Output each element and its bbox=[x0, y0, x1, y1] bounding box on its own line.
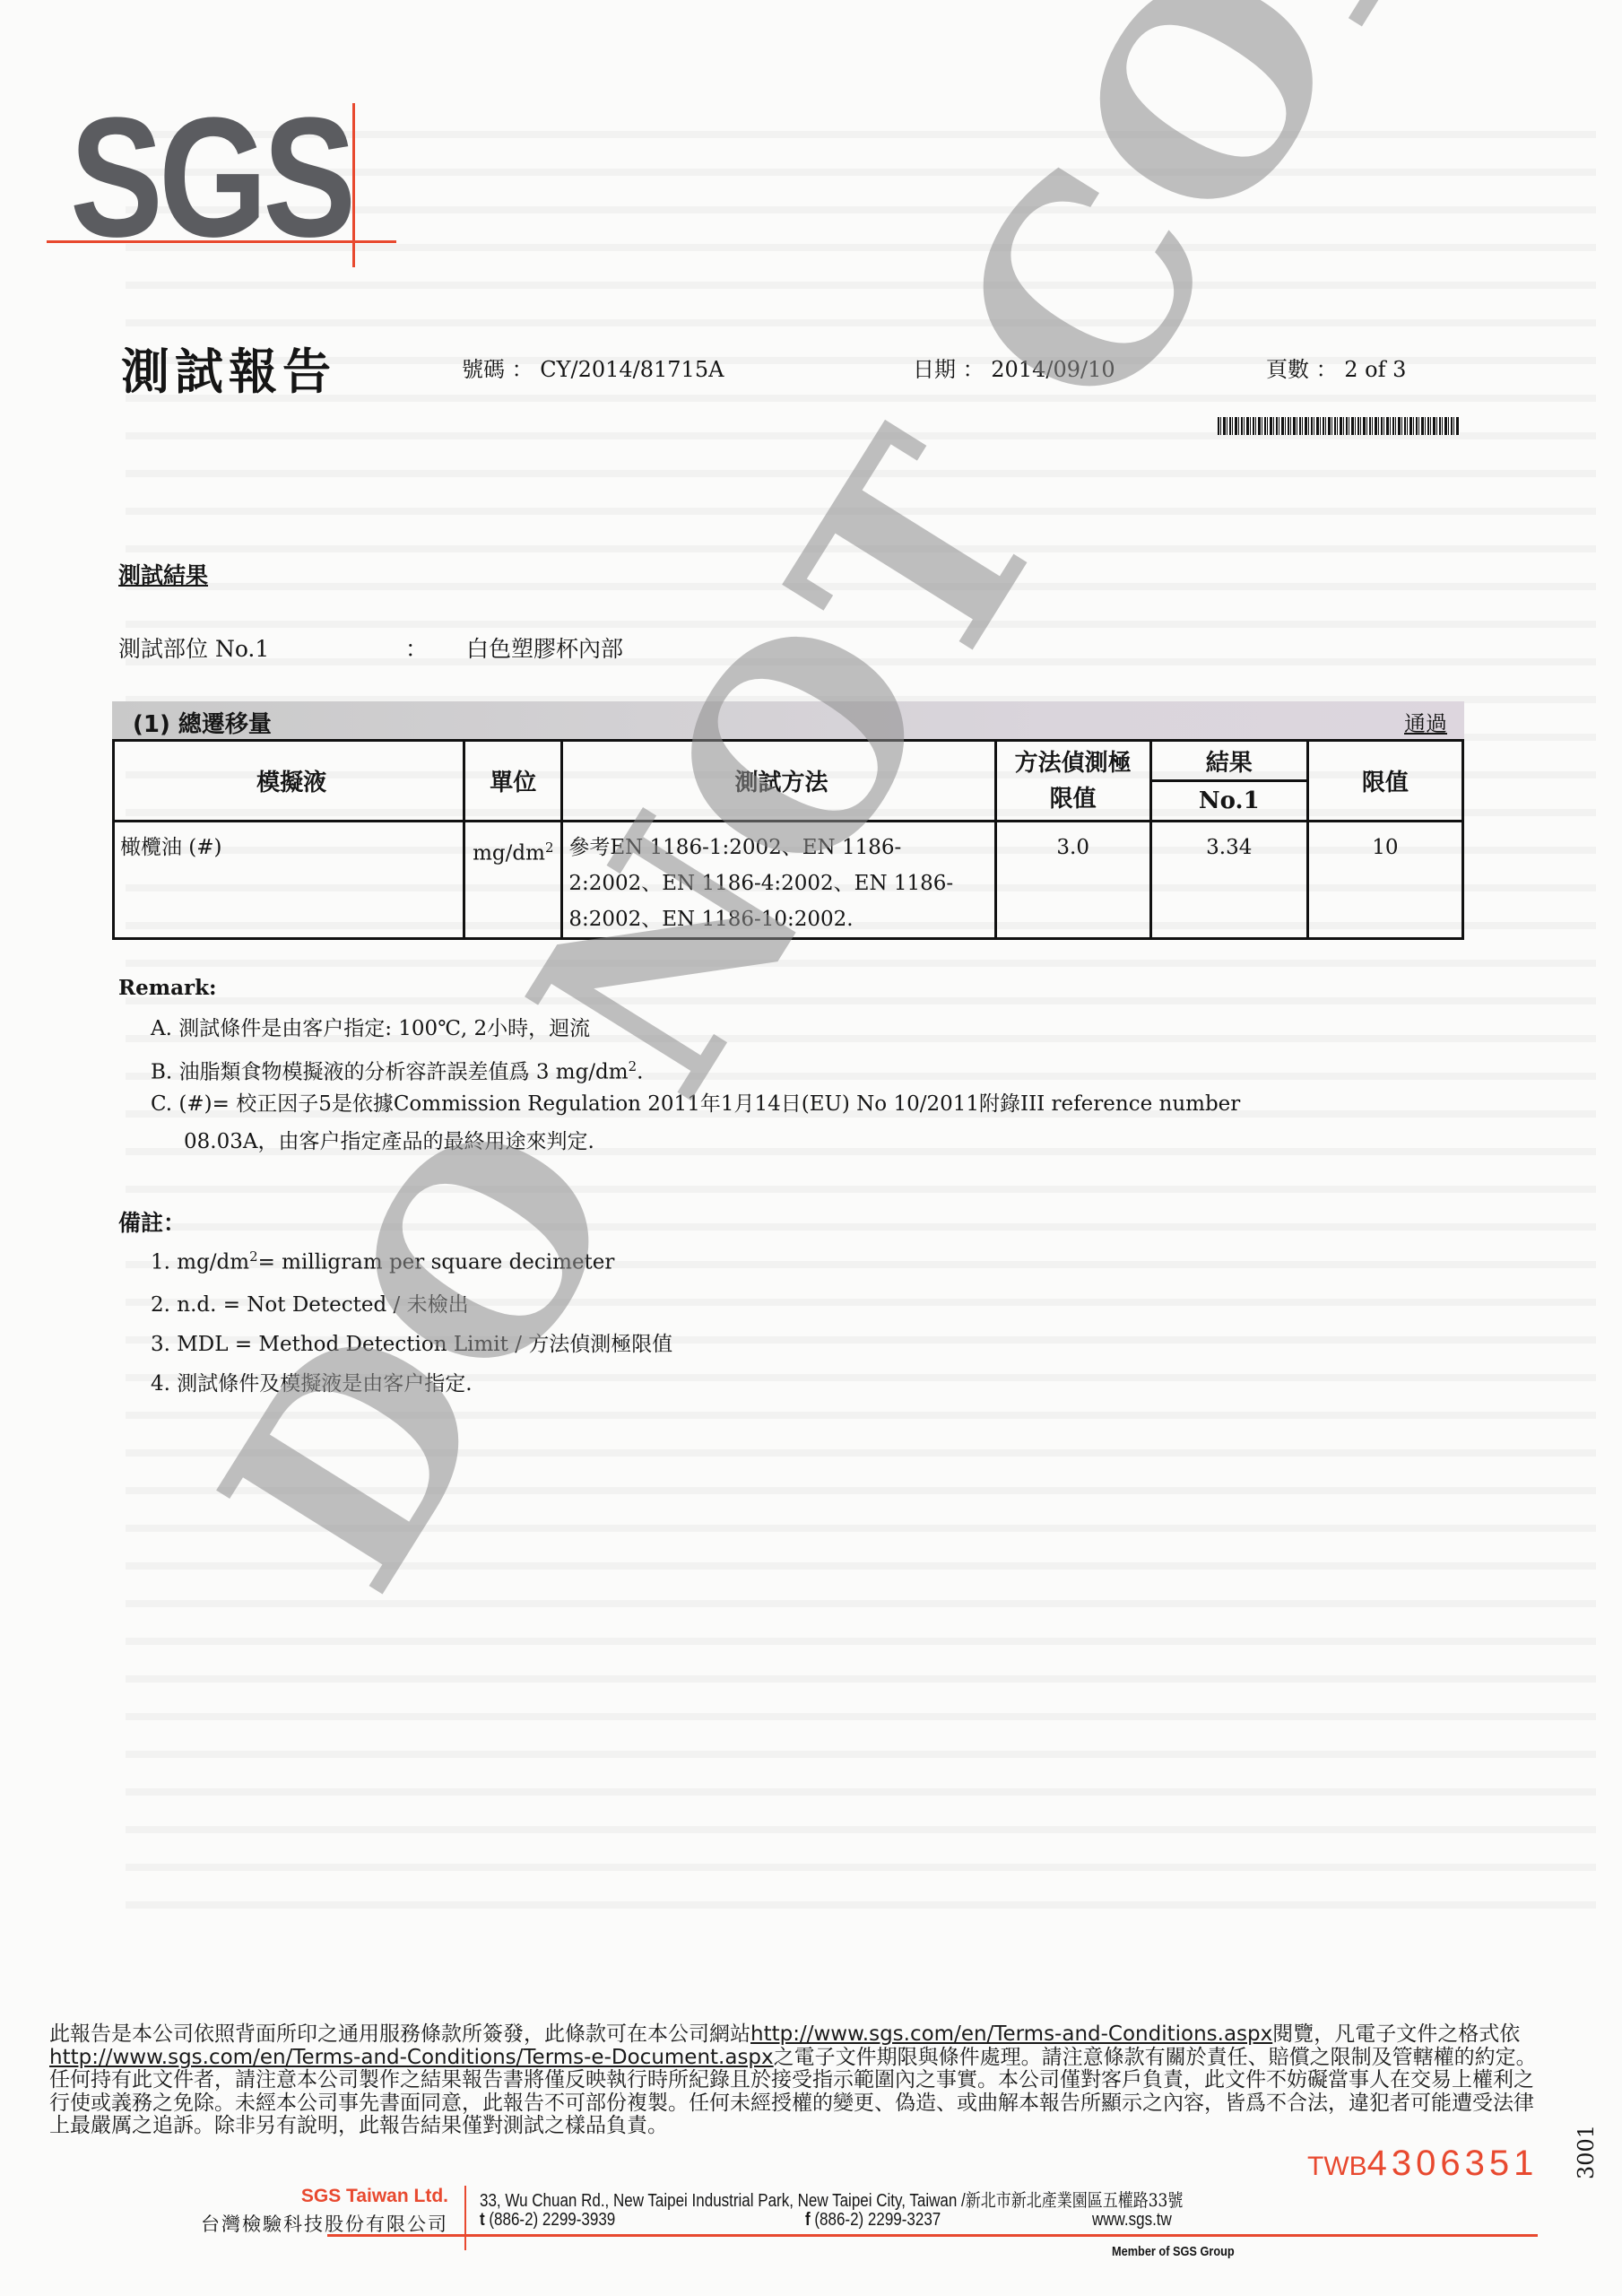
serial-prefix: TWB bbox=[1307, 2152, 1367, 2181]
page-number: 頁數 ： 2 of 3 bbox=[1266, 352, 1406, 383]
remark-title: Remark: bbox=[118, 976, 217, 1000]
terms-link[interactable]: http://www.sgs.com/en/Terms-and-Conditio… bbox=[750, 2022, 1272, 2046]
company-website[interactable]: www.sgs.tw bbox=[1092, 2210, 1172, 2231]
test-part-colon: ： bbox=[405, 631, 428, 664]
cell-unit-sup: 2 bbox=[545, 839, 554, 856]
address-en: 33, Wu Chuan Rd., New Taipei Industrial … bbox=[480, 2191, 966, 2211]
remark-b-end: . bbox=[637, 1061, 643, 1084]
footer-horizontal-rule bbox=[327, 2234, 1538, 2237]
logo-vertical-rule bbox=[352, 103, 355, 267]
document-title: 測試報告 bbox=[121, 334, 336, 403]
cell-unit-text: mg/dm bbox=[473, 842, 545, 865]
side-code: 3001 bbox=[1574, 2125, 1599, 2179]
cell-limit: 10 bbox=[1307, 822, 1462, 939]
col-result: 結果 bbox=[1150, 741, 1307, 781]
page-number-label: 頁數 ： bbox=[1266, 357, 1338, 382]
logo-horizontal-rule bbox=[47, 240, 396, 243]
barcode bbox=[1218, 417, 1460, 435]
logo-wordmark: SGS bbox=[70, 115, 351, 240]
table-row: 橄欖油 (#) mg/dm2 參考EN 1186-1:2002、EN 1186-… bbox=[114, 822, 1463, 939]
fax-icon: f bbox=[805, 2210, 811, 2230]
company-address: 33, Wu Chuan Rd., New Taipei Industrial … bbox=[480, 2186, 1183, 2212]
company-name-zh: 台灣檢驗科技股份有限公司 bbox=[193, 2210, 448, 2237]
company-name-en: SGS Taiwan Ltd. bbox=[296, 2186, 448, 2207]
footer-vertical-rule bbox=[464, 2186, 466, 2250]
cell-simulant: 橄欖油 (#) bbox=[114, 822, 464, 939]
report-date: 日期 ： 2014/09/10 bbox=[913, 352, 1115, 383]
report-number-label: 號碼 ： bbox=[462, 357, 533, 382]
col-unit: 單位 bbox=[464, 741, 562, 822]
col-mdl: 方法偵測極限值 bbox=[995, 741, 1150, 822]
results-table: 模擬液 單位 測試方法 方法偵測極限值 結果 限值 No.1 橄欖油 (#) m… bbox=[112, 739, 1464, 940]
fax-number: (886-2) 2299-3237 bbox=[814, 2210, 941, 2230]
note-4: 4. 測試條件及模擬液是由客户指定. bbox=[151, 1367, 473, 1396]
col-method: 測試方法 bbox=[562, 741, 995, 822]
serial-value: 4306351 bbox=[1367, 2144, 1539, 2183]
remark-b-text: B. 油脂類食物模擬液的分析容許誤差值爲 3 mg/dm bbox=[151, 1061, 629, 1084]
legal-disclaimer: 此報告是本公司依照背面所印之通用服務條款所簽發，此條款可在本公司網站http:/… bbox=[49, 2023, 1538, 2138]
note-1-text: 1. mg/dm bbox=[151, 1251, 249, 1274]
remark-c: C. (#)= 校正因子5是依據Commission Regulation 20… bbox=[151, 1085, 1496, 1123]
remark-a: A. 測試條件是由客户指定: 100℃, 2小時，迴流 bbox=[151, 1010, 590, 1048]
report-number-value: CY/2014/81715A bbox=[540, 357, 724, 382]
test-item-title: (1) 總遷移量 bbox=[133, 706, 272, 739]
cell-mdl: 3.0 bbox=[995, 822, 1150, 939]
report-date-label: 日期 ： bbox=[913, 357, 984, 382]
page-number-value: 2 of 3 bbox=[1344, 357, 1406, 382]
serial-number: TWB4306351 bbox=[1307, 2144, 1538, 2184]
note-1-sup: 2 bbox=[249, 1248, 258, 1265]
col-simulant: 模擬液 bbox=[114, 741, 464, 822]
test-part-value: 白色塑膠杯內部 bbox=[466, 631, 623, 664]
cell-method: 參考EN 1186-1:2002、EN 1186-2:2002、EN 1186-… bbox=[562, 822, 995, 939]
terms-e-document-link[interactable]: http://www.sgs.com/en/Terms-and-Conditio… bbox=[49, 2046, 774, 2069]
address-zh: 新北市新北產業園區五權路33號 bbox=[966, 2189, 1184, 2211]
member-of-sgs-group: Member of SGS Group bbox=[1112, 2244, 1235, 2259]
remark-b-sup: 2 bbox=[629, 1058, 638, 1074]
col-mdl-label: 方法偵測極限值 bbox=[1015, 745, 1132, 817]
table-header-row: 模擬液 單位 測試方法 方法偵測極限值 結果 限值 bbox=[114, 741, 1463, 781]
report-date-value: 2014/09/10 bbox=[991, 357, 1115, 382]
test-part-label: 測試部位 No.1 bbox=[118, 631, 269, 664]
col-limit: 限值 bbox=[1307, 741, 1462, 822]
disclaimer-text-1: 此報告是本公司依照背面所印之通用服務條款所簽發，此條款可在本公司網站 bbox=[49, 2022, 750, 2046]
company-phone: t (886-2) 2299-3939 bbox=[480, 2210, 615, 2231]
test-item-band bbox=[112, 701, 1464, 739]
disclaimer-text-2: 閱覽，凡電子文件之格式依 bbox=[1272, 2022, 1520, 2046]
pass-status: 通過 bbox=[1404, 706, 1447, 737]
note-1: 1. mg/dm2= milligram per square decimete… bbox=[151, 1248, 614, 1274]
cell-unit: mg/dm2 bbox=[464, 822, 562, 939]
note-3: 3. MDL = Method Detection Limit / 方法偵測極限… bbox=[151, 1327, 672, 1357]
notes-title: 備註： bbox=[118, 1205, 186, 1238]
report-number: 號碼 ： CY/2014/81715A bbox=[462, 352, 724, 383]
section-title: 測試結果 bbox=[118, 558, 208, 590]
phone-number: (886-2) 2299-3939 bbox=[489, 2210, 615, 2230]
phone-icon: t bbox=[480, 2210, 485, 2230]
note-1-definition: = milligram per square decimeter bbox=[258, 1251, 615, 1274]
col-result-no1: No.1 bbox=[1150, 781, 1307, 822]
company-fax: f (886-2) 2299-3237 bbox=[805, 2210, 941, 2231]
cell-result: 3.34 bbox=[1150, 822, 1307, 939]
remark-c-continued: 08.03A，由客户指定產品的最終用途來判定. bbox=[184, 1123, 594, 1161]
note-2: 2. n.d. = Not Detected / 未檢出 bbox=[151, 1288, 469, 1318]
